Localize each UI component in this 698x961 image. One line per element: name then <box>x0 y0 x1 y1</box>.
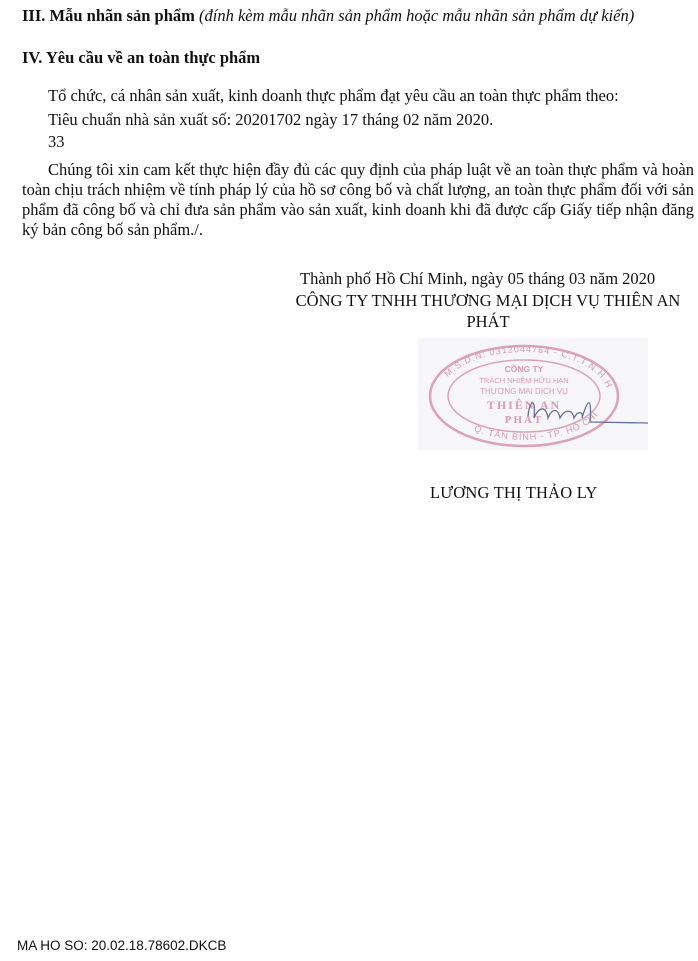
stamp-seal-icon: M.S.D.N: 0312044764 - C.T.T.N.H.H Q. TÂN… <box>418 338 648 450</box>
company-name: CÔNG TY TNHH THƯƠNG MẠI DỊCH VỤ THIÊN AN… <box>278 290 698 332</box>
svg-text:PHÁT: PHÁT <box>505 414 544 426</box>
section-3-title: III. Mẫu nhãn sản phẩm <box>22 6 195 25</box>
section-3-heading: III. Mẫu nhãn sản phẩm (đính kèm mẫu nhã… <box>22 6 634 26</box>
requirement-line: Tổ chức, cá nhân sản xuất, kinh doanh th… <box>48 86 619 106</box>
section-4-title: IV. Yêu cầu về an toàn thực phẩm <box>22 48 260 68</box>
signer-name: LƯƠNG THỊ THẢO LY <box>430 483 597 503</box>
svg-text:CÔNG TY: CÔNG TY <box>505 363 544 374</box>
svg-text:THIÊN AN: THIÊN AN <box>487 398 561 412</box>
company-stamp: M.S.D.N: 0312044764 - C.T.T.N.H.H Q. TÂN… <box>418 338 648 450</box>
file-code: MA HO SO: 20.02.18.78602.DKCB <box>17 938 226 953</box>
section-3-note: (đính kèm mẫu nhãn sản phẩm hoặc mẫu nhã… <box>199 6 634 25</box>
commitment-text: Chúng tôi xin cam kết thực hiện đầy đủ c… <box>22 160 694 239</box>
svg-text:TRÁCH NHIỆM HỮU HẠN: TRÁCH NHIỆM HỮU HẠN <box>479 376 568 385</box>
number-line: 33 <box>48 132 65 152</box>
svg-text:THƯƠNG MẠI DỊCH VỤ: THƯƠNG MẠI DỊCH VỤ <box>480 387 568 396</box>
place-date: Thành phố Hồ Chí Minh, ngày 05 tháng 03 … <box>300 269 655 289</box>
commitment-paragraph: Chúng tôi xin cam kết thực hiện đầy đủ c… <box>22 160 694 240</box>
standard-line: Tiêu chuẩn nhà sản xuất số: 20201702 ngà… <box>48 110 493 130</box>
